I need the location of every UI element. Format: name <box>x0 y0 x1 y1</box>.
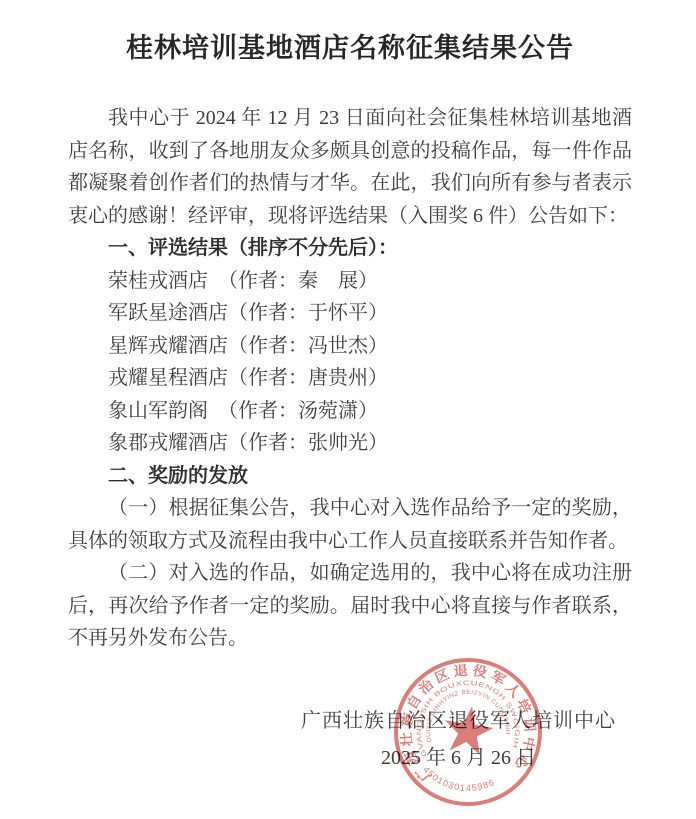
winner-entry: 象郡戎耀酒店（作者：张帅光） <box>68 427 632 460</box>
signature-org: 广西壮族自治区退役军人培训中心 <box>301 705 616 738</box>
winner-entry: 荣桂戎酒店 （作者：秦 展） <box>68 265 632 298</box>
signature-area: 广西壮族自治区退役军人培训中心 2025 年 6 月 26 日 <box>68 705 632 775</box>
award-paragraph-2: （二）对入选的作品，如确定选用的，我中心将在成功注册后，再次给予作者一定的奖励。… <box>68 557 632 655</box>
announcement-document: 桂林培训基地酒店名称征集结果公告 我中心于 2024 年 12 月 23 日面向… <box>0 0 696 819</box>
section1-heading: 一、评选结果（排序不分先后）： <box>68 232 632 265</box>
winner-entry: 星辉戎耀酒店（作者：冯世杰） <box>68 330 632 363</box>
signature-block: 广西壮族自治区退役军人培训中心 2025 年 6 月 26 日 <box>301 705 616 775</box>
section2-heading: 二、奖励的发放 <box>68 460 632 493</box>
signature-date: 2025 年 6 月 26 日 <box>301 742 616 775</box>
winner-entry: 象山军韵阁 （作者：汤菀潇） <box>68 395 632 428</box>
award-paragraph-1: （一）根据征集公告，我中心对入选作品给予一定的奖励，具体的领取方式及流程由我中心… <box>68 492 632 557</box>
winner-entry: 军跃星途酒店（作者：于怀平） <box>68 297 632 330</box>
winner-entry: 戎耀星程酒店（作者：唐贵州） <box>68 362 632 395</box>
document-title: 桂林培训基地酒店名称征集结果公告 <box>68 30 632 66</box>
intro-paragraph: 我中心于 2024 年 12 月 23 日面向社会征集桂林培训基地酒店名称，收到… <box>68 102 632 232</box>
